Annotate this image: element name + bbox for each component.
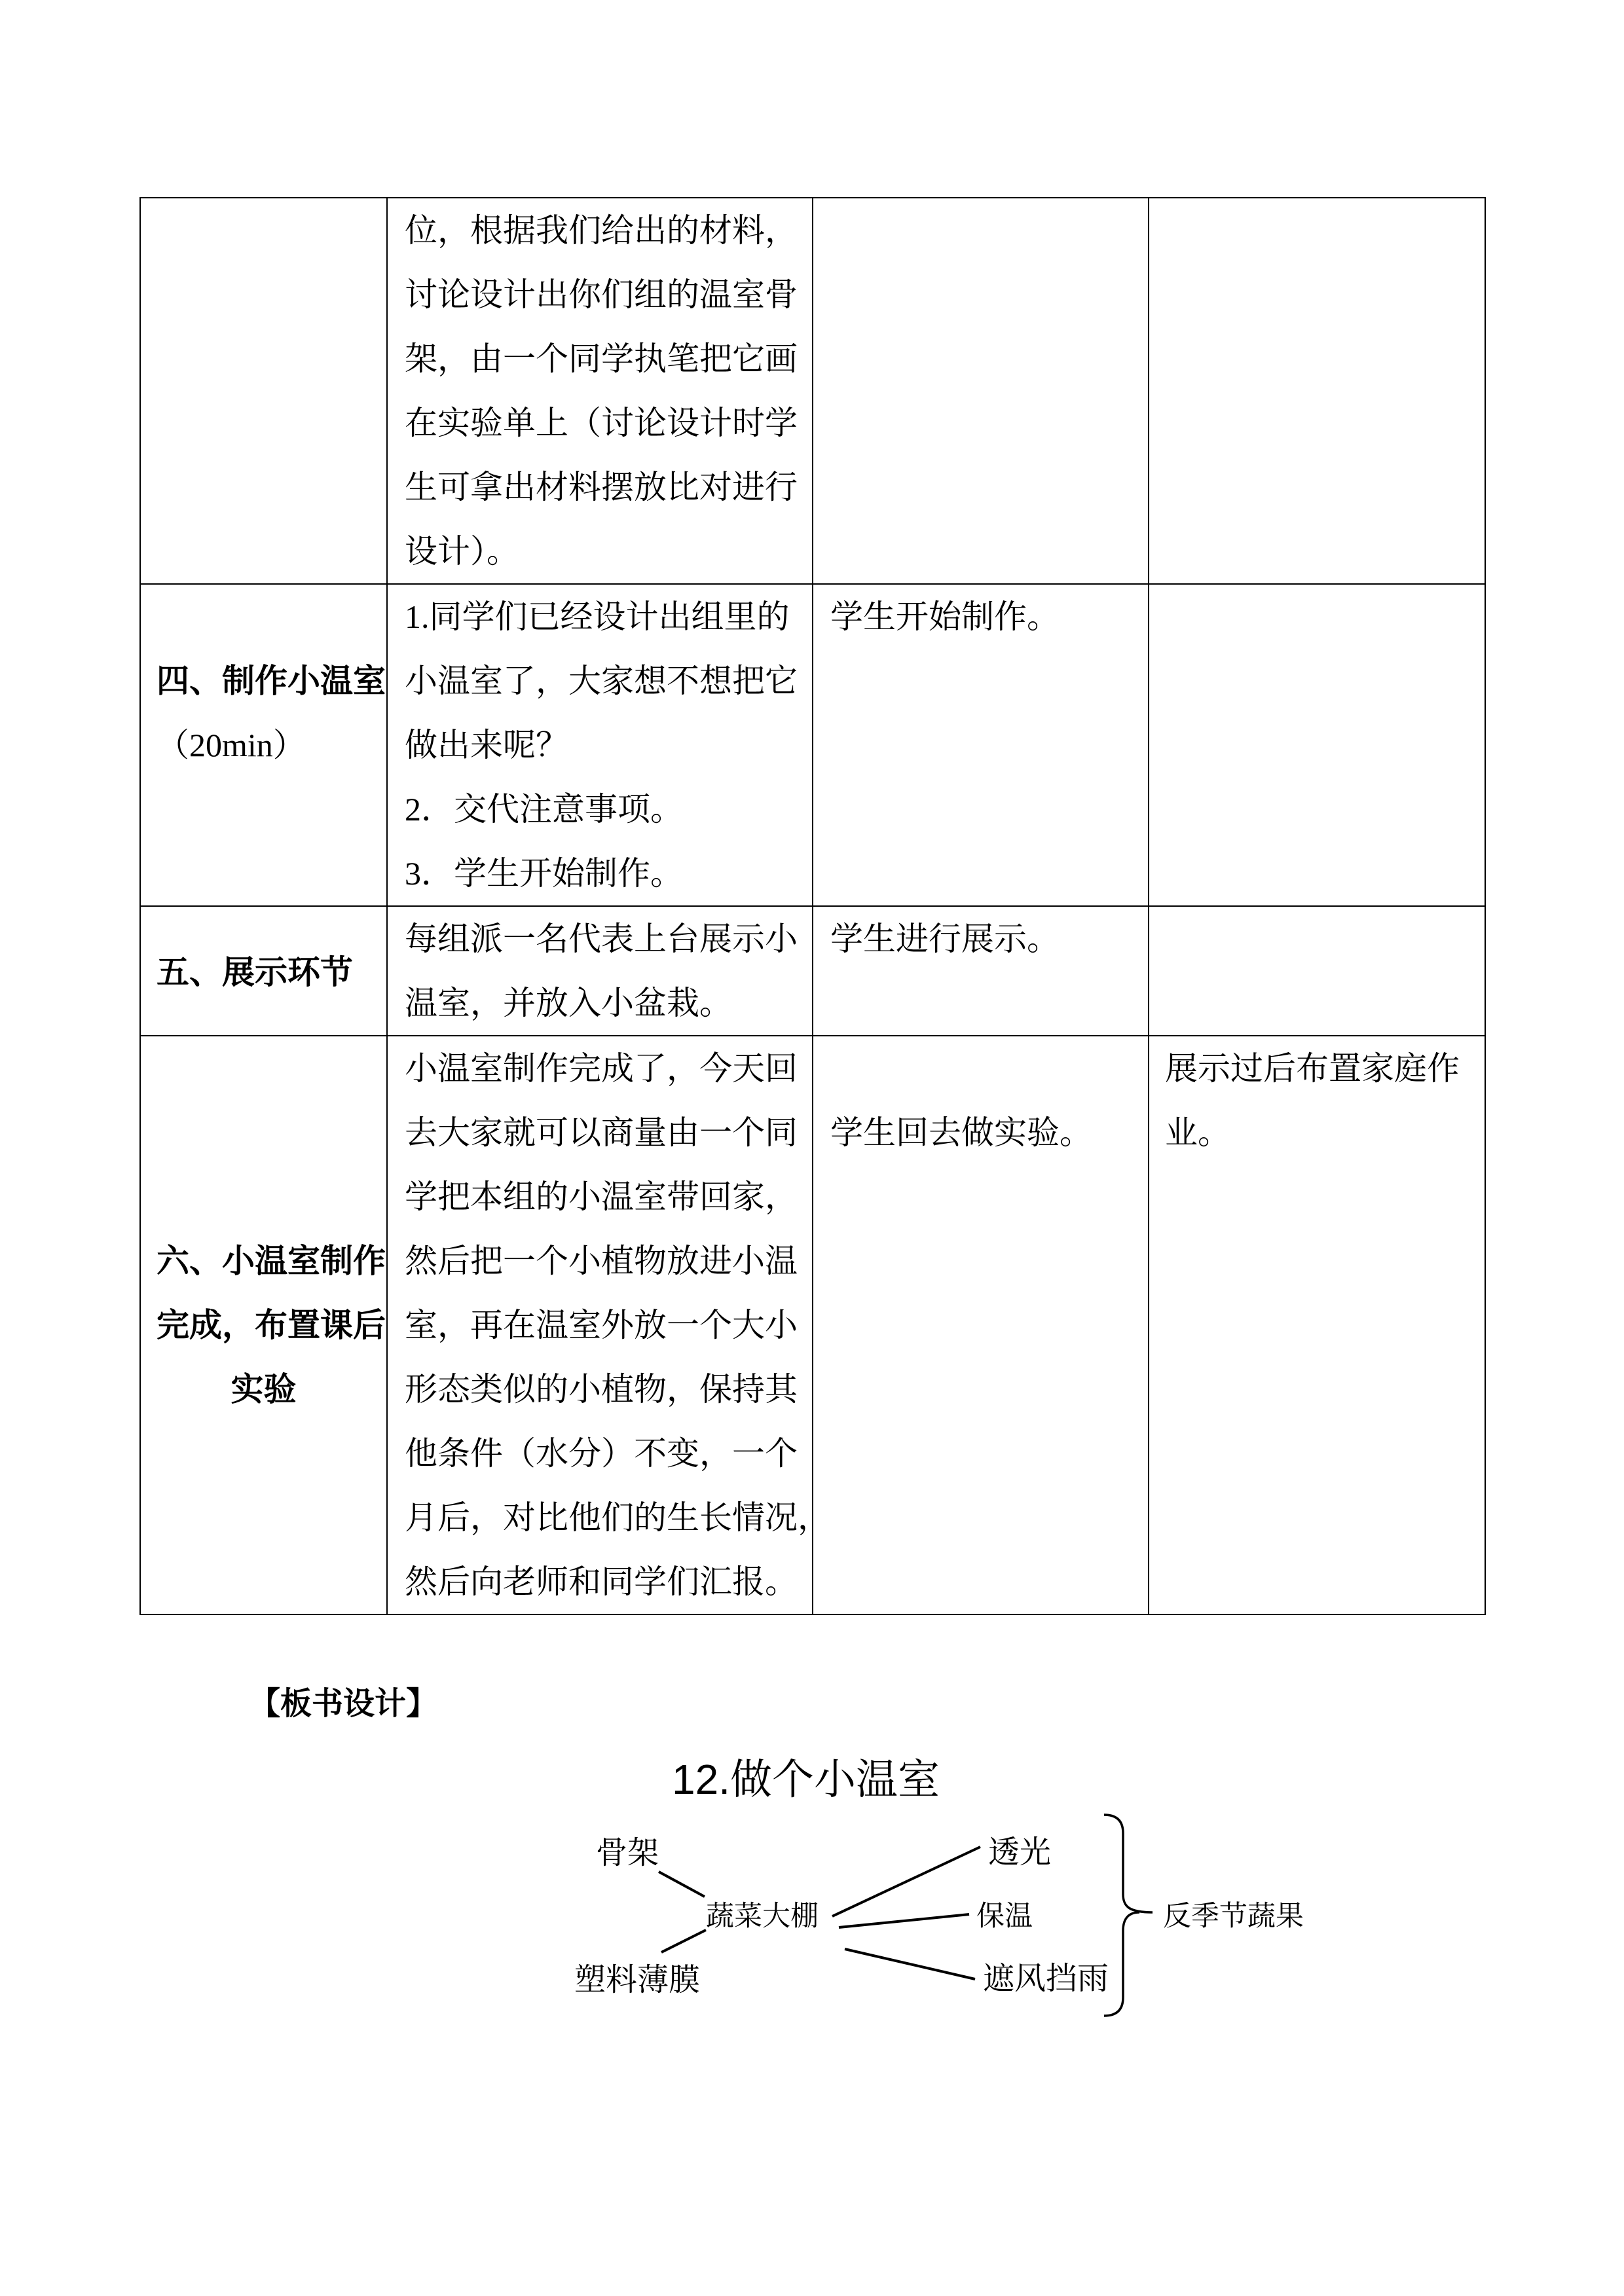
- text-line: 1.同学们已经设计出组里的: [405, 585, 812, 649]
- diagram-node-shelter: 遮风挡雨: [983, 1963, 1109, 1995]
- table-row: 四、制作小温室 （20min） 1.同学们已经设计出组里的 小温室了，大家想不想…: [140, 584, 1485, 906]
- connector-line: [659, 1872, 705, 1897]
- stage-cell: 六、小温室制作 完成，布置课后 实验: [140, 1036, 387, 1614]
- diagram-node-light: 透光: [988, 1837, 1051, 1868]
- text-line: 去大家就可以商量由一个同: [405, 1101, 812, 1165]
- stage-duration: （20min）: [157, 713, 386, 777]
- table-row: 五、展示环节 每组派一名代表上台展示小 温室，并放入小盆栽。 学生进行展示。: [140, 906, 1485, 1036]
- stage-title: 六、小温室制作: [157, 1229, 386, 1293]
- text-line: 在实验单上（讨论设计时学: [405, 391, 812, 455]
- diagram-node-center: 蔬菜大棚: [706, 1903, 819, 1931]
- text-line: 业。: [1165, 1101, 1485, 1165]
- student-activity-cell: 学生开始制作。: [813, 584, 1149, 906]
- text-line: 2．交代注意事项。: [405, 777, 812, 841]
- table-row: 位，根据我们给出的材料， 讨论设计出你们组的温室骨 架，由一个同学执笔把它画 在…: [140, 198, 1485, 584]
- text-line: 位，根据我们给出的材料，: [405, 198, 812, 263]
- right-brace-icon: [1104, 1815, 1153, 2016]
- student-activity-cell: [813, 198, 1149, 584]
- connector-line: [661, 1930, 706, 1952]
- stage-title: 实验: [157, 1357, 386, 1421]
- stage-cell: 四、制作小温室 （20min）: [140, 584, 387, 906]
- text-line: 室，再在温室外放一个大小: [405, 1293, 812, 1357]
- text-line: 学生进行展示。: [830, 907, 1148, 971]
- text-line: 做出来呢？: [405, 713, 812, 777]
- board-design-heading: 【板书设计】: [249, 1688, 437, 1720]
- connector-line: [839, 1914, 969, 1927]
- note-cell: [1149, 198, 1485, 584]
- student-activity-cell: 学生进行展示。: [813, 906, 1149, 1036]
- text-line: 形态类似的小植物，保持其: [405, 1357, 812, 1421]
- text-line: 小温室了，大家想不想把它: [405, 649, 812, 713]
- teacher-activity-cell: 小温室制作完成了，今天回 去大家就可以商量由一个同 学把本组的小温室带回家， 然…: [387, 1036, 813, 1614]
- diagram-node-film: 塑料薄膜: [574, 1965, 700, 1996]
- stage-title: 五、展示环节: [157, 940, 386, 1004]
- teacher-activity-cell: 每组派一名代表上台展示小 温室，并放入小盆栽。: [387, 906, 813, 1036]
- text-line: 架，由一个同学执笔把它画: [405, 327, 812, 391]
- teacher-activity-cell: 1.同学们已经设计出组里的 小温室了，大家想不想把它 做出来呢？ 2．交代注意事…: [387, 584, 813, 906]
- table-row: 六、小温室制作 完成，布置课后 实验 小温室制作完成了，今天回 去大家就可以商量…: [140, 1036, 1485, 1614]
- text-line: 展示过后布置家庭作: [1165, 1036, 1485, 1101]
- text-line: 学把本组的小温室带回家，: [405, 1165, 812, 1229]
- stage-title: 完成，布置课后: [157, 1293, 386, 1357]
- note-cell: [1149, 906, 1485, 1036]
- text-line: 小温室制作完成了，今天回: [405, 1036, 812, 1101]
- board-title: 12.做个小温室: [672, 1758, 940, 1800]
- teacher-activity-cell: 位，根据我们给出的材料， 讨论设计出你们组的温室骨 架，由一个同学执笔把它画 在…: [387, 198, 813, 584]
- diagram-node-result: 反季节蔬果: [1163, 1903, 1304, 1931]
- note-cell: [1149, 584, 1485, 906]
- connector-line: [845, 1949, 975, 1979]
- text-line: 月后，对比他们的生长情况，: [405, 1485, 812, 1550]
- connector-line: [832, 1847, 980, 1916]
- text-line: 生可拿出材料摆放比对进行: [405, 455, 812, 519]
- diagram-node-warmth: 保温: [976, 1903, 1033, 1931]
- stage-cell: 五、展示环节: [140, 906, 387, 1036]
- lesson-plan-table: 位，根据我们给出的材料， 讨论设计出你们组的温室骨 架，由一个同学执笔把它画 在…: [139, 197, 1486, 1615]
- text-line: 温室，并放入小盆栽。: [405, 971, 812, 1035]
- document-page: 位，根据我们给出的材料， 讨论设计出你们组的温室骨 架，由一个同学执笔把它画 在…: [0, 0, 1624, 2296]
- text-line: 3．学生开始制作。: [405, 841, 812, 905]
- note-cell: 展示过后布置家庭作 业。: [1149, 1036, 1485, 1614]
- text-line: 学生回去做实验。: [830, 1101, 1148, 1165]
- text-line: 学生开始制作。: [830, 585, 1148, 649]
- text-line: 设计）。: [405, 519, 812, 583]
- stage-cell: [140, 198, 387, 584]
- text-line: 他条件（水分）不变，一个: [405, 1421, 812, 1485]
- text-line: 然后把一个小植物放进小温: [405, 1229, 812, 1293]
- diagram-node-frame: 骨架: [596, 1838, 659, 1869]
- stage-title: 四、制作小温室: [157, 649, 386, 713]
- text-line: 每组派一名代表上台展示小: [405, 907, 812, 971]
- text-line: 然后向老师和同学们汇报。: [405, 1550, 812, 1614]
- text-line: 讨论设计出你们组的温室骨: [405, 263, 812, 327]
- student-activity-cell: 学生回去做实验。: [813, 1036, 1149, 1614]
